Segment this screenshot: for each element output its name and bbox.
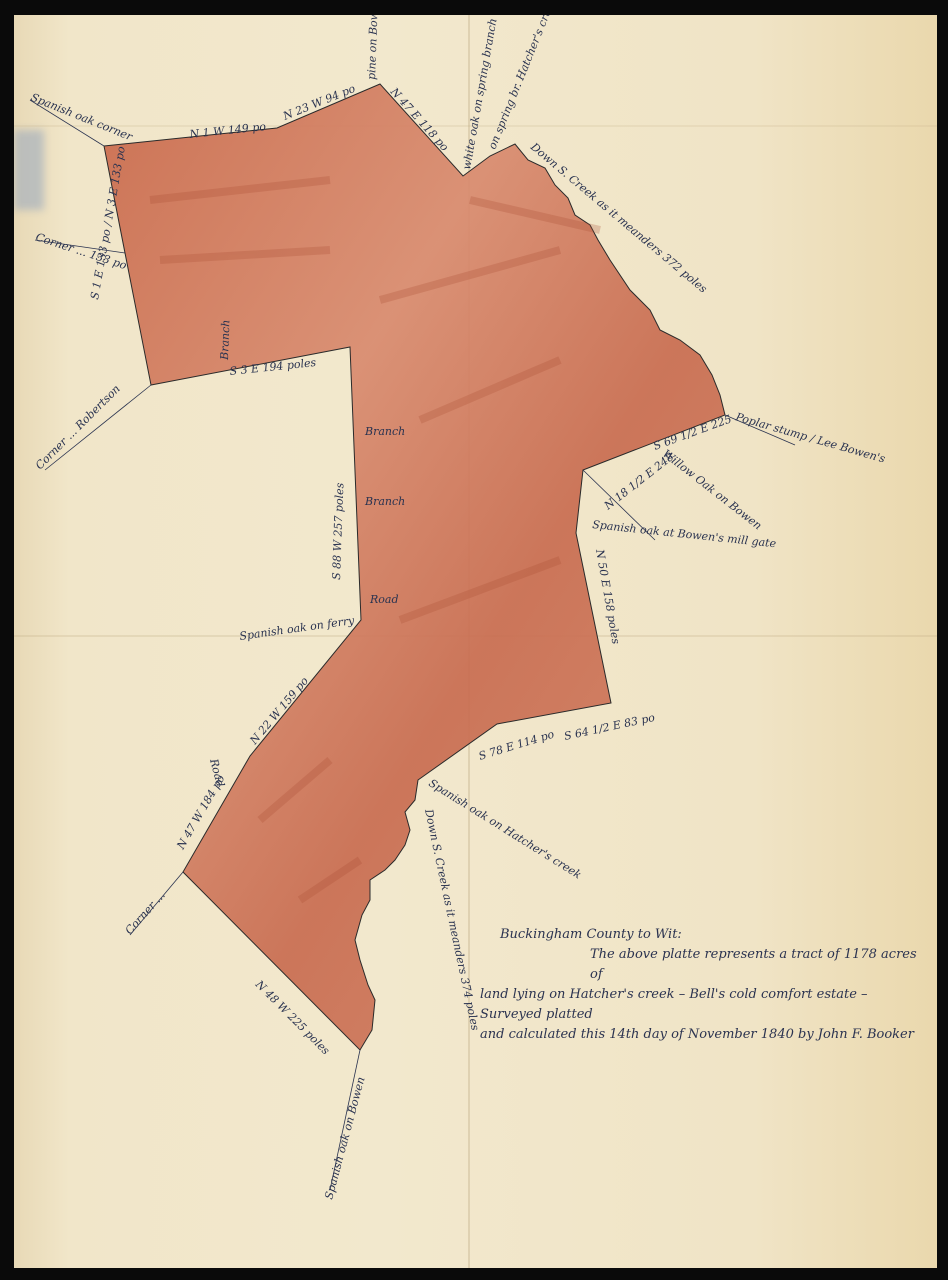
- certificate-line-4: and calculated this 14th day of November…: [480, 1025, 930, 1045]
- certificate-line-3: land lying on Hatcher's creek – Bell's c…: [480, 985, 930, 1025]
- note-willow-oak: Willow Oak on Bowen: [660, 447, 764, 532]
- call-s78e: S 78 E 114 po: [477, 727, 556, 762]
- note-spanish-oak-bowen: Spanish oak on Bowen: [322, 1075, 367, 1200]
- call-creek-2: Down S. Creek as it meanders 374 poles: [422, 807, 482, 1032]
- note-corner-w: Corner ... Robertson: [33, 382, 123, 472]
- note-corner-willow: Corner ...: [123, 889, 168, 937]
- note-branch-2: Branch: [364, 495, 405, 508]
- call-s64: S 64 1/2 E 83 po: [563, 711, 656, 743]
- note-road: Road: [369, 593, 399, 606]
- note-branch-3: Branch: [218, 319, 232, 361]
- call-n50e: N 50 E 158 poles: [593, 547, 623, 645]
- note-pine-bowen: pine on Bowen's / Robertson's: [365, 15, 384, 80]
- note-poplar-stump: Poplar stump / Lee Bowen's: [733, 410, 887, 466]
- note-spanish-oak-ferry: Spanish oak on ferry: [239, 614, 356, 643]
- parcel-map: N 1 W 149 po N 23 W 94 po N 47 E 118 po …: [14, 15, 937, 1268]
- call-s88w: S 88 W 257 poles: [330, 482, 346, 580]
- certificate-line-1: Buckingham County to Wit:: [480, 925, 930, 945]
- survey-plat-paper: N 1 W 149 po N 23 W 94 po N 47 E 118 po …: [14, 15, 937, 1268]
- note-hatchers-creek: Spanish oak on Hatcher's creek: [426, 777, 584, 882]
- note-spanish-oak-nw: Spanish oak corner: [29, 91, 135, 144]
- certificate-line-2: The above platte represents a tract of 1…: [480, 945, 930, 985]
- note-spring-hatchers: on spring br. Hatcher's creek 29 po: [486, 15, 572, 151]
- note-branch-1: Branch: [364, 425, 405, 438]
- survey-certificate: Buckingham County to Wit: The above plat…: [480, 925, 930, 1045]
